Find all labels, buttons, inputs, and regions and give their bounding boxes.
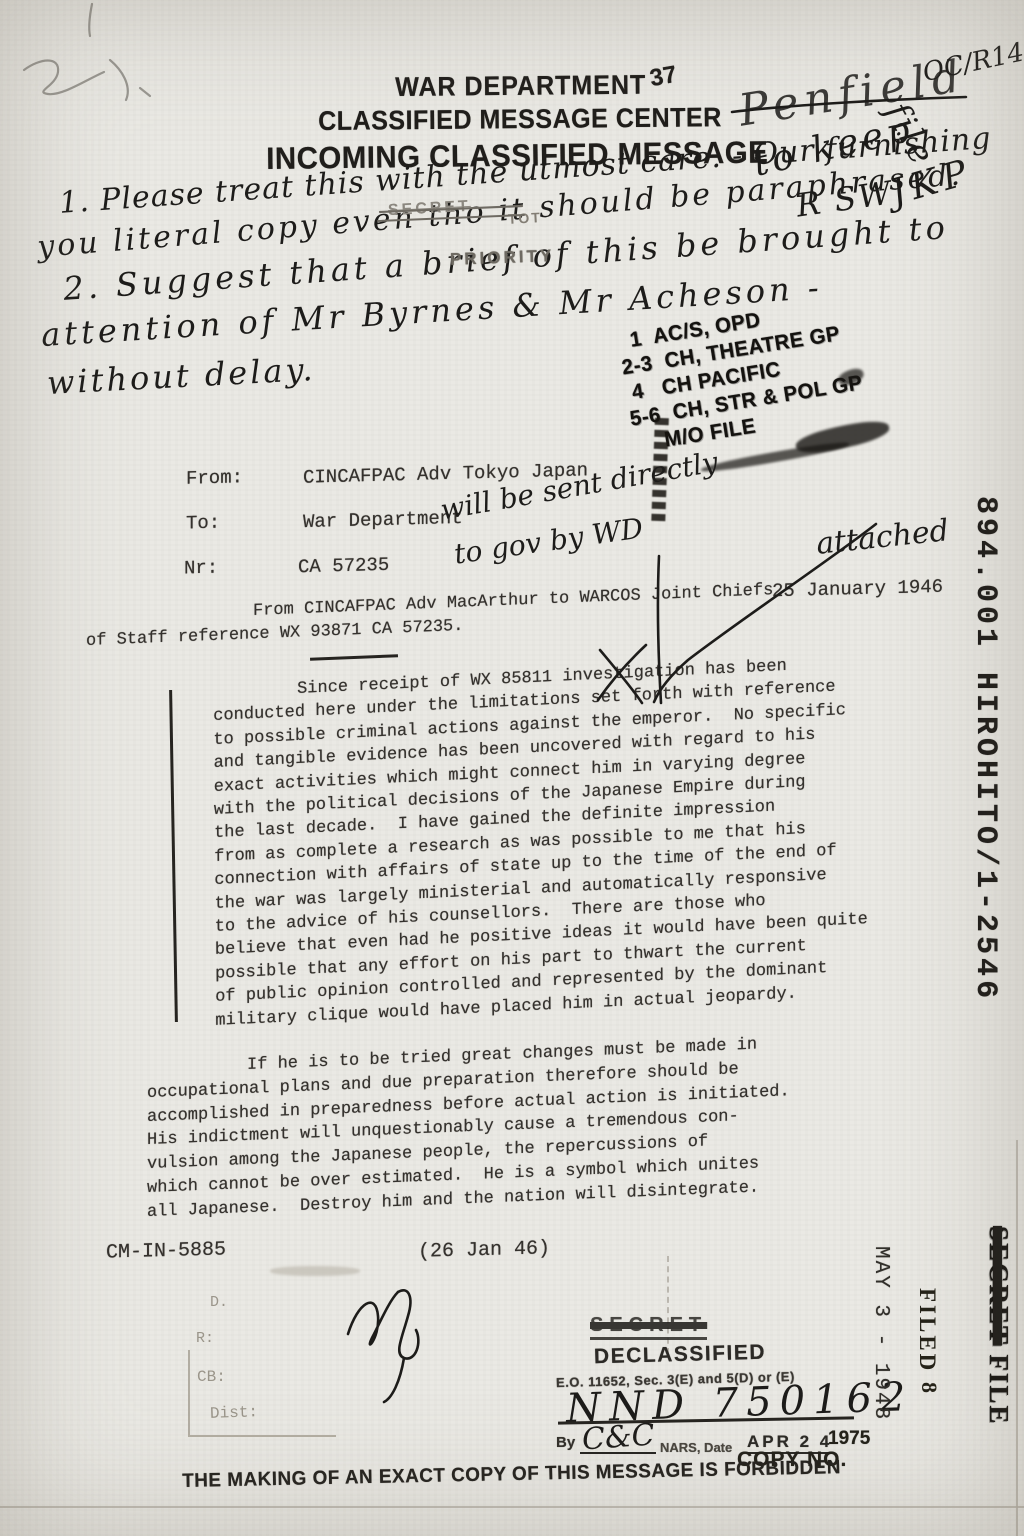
filed-number: 8	[916, 1382, 942, 1393]
body-paragraph-1: Since receipt of WX 85811 investigation …	[213, 651, 868, 1033]
routing-label-dist: Dist:	[210, 1403, 259, 1423]
margin-emphasis-line	[169, 690, 177, 1022]
header-department: WAR DEPARTMENT	[395, 70, 646, 103]
nars-year-value: 1975	[828, 1428, 870, 1450]
signature-squiggle	[398, 1290, 418, 1358]
file-reference-vertical: 894.001 HIROHITO/1-2546	[968, 496, 1002, 1002]
tot-stamp: TOT	[508, 209, 543, 227]
filed-stamp: FILED	[914, 1288, 940, 1373]
to-value: War Department	[303, 507, 463, 533]
edge-file-stamp: SECRET FILE	[983, 1226, 1014, 1425]
routing-label-cb: CB:	[197, 1368, 226, 1386]
scan-edge-line-right	[1016, 1140, 1018, 1536]
cm-in-number: CM-IN-5885	[106, 1238, 226, 1264]
routing-box-line	[188, 1435, 336, 1437]
nars-date-label: NARS, Date	[660, 1440, 732, 1455]
header-number: 37	[648, 61, 679, 93]
pencil-scribble	[140, 88, 150, 96]
routing-label-d: D.	[210, 1294, 228, 1311]
reference-line-2: of Staff reference WX 93871 CA 57235.	[86, 617, 463, 651]
edge-file-word: FILE	[984, 1354, 1014, 1425]
scan-edge-line-bottom	[0, 1506, 1024, 1508]
pencil-scribble	[24, 61, 104, 95]
pencil-scribble	[89, 4, 92, 36]
cc-underline	[580, 1452, 656, 1454]
priority-stamp: PRIORITY	[450, 246, 555, 270]
pencil-mark-group	[24, 4, 150, 100]
header-office: CLASSIFIED MESSAGE CENTER	[318, 102, 722, 137]
to-label: To:	[186, 512, 220, 535]
date-note: (26 Jan 46)	[418, 1237, 550, 1263]
edge-struck-secret: SECRET	[984, 1226, 1014, 1346]
underline-wx-number	[310, 654, 398, 660]
faint-smudge	[270, 1266, 360, 1276]
routing-label-r: R:	[196, 1330, 214, 1347]
handwriting-sent-note-2: to gov by WD	[452, 512, 645, 571]
received-date-stamp: MAY 3 - 1948	[869, 1246, 892, 1421]
scanned-document: WAR DEPARTMENT 37 CLASSIFIED MESSAGE CEN…	[0, 0, 1024, 1536]
from-label: From:	[186, 466, 243, 489]
signature-squiggle	[348, 1292, 398, 1344]
footer-warning: THE MAKING OF AN EXACT COPY OF THIS MESS…	[182, 1456, 841, 1493]
reference-line-1: From CINCAFPAC Adv MacArthur to WARCOS J…	[253, 581, 773, 621]
handwriting-sent-note-1: will be sent directly	[438, 445, 720, 526]
message-date: 25 January 1946	[772, 576, 943, 602]
declassified-stamp: DECLASSIFIED	[594, 1341, 767, 1369]
nr-value: CA 57235	[298, 554, 389, 578]
handwriting-attached: attached	[815, 513, 951, 562]
declass-struck-secret: SECRET	[590, 1314, 707, 1340]
handwritten-note-2-line-3: without delay.	[46, 350, 316, 402]
signature-squiggle	[384, 1358, 404, 1402]
body-paragraph-2: If he is to be tried great changes must …	[147, 1032, 790, 1224]
declass-by-label: By	[556, 1434, 575, 1451]
routing-box-line	[188, 1350, 190, 1436]
pencil-scribble	[110, 60, 128, 100]
nr-label: Nr:	[184, 557, 218, 580]
